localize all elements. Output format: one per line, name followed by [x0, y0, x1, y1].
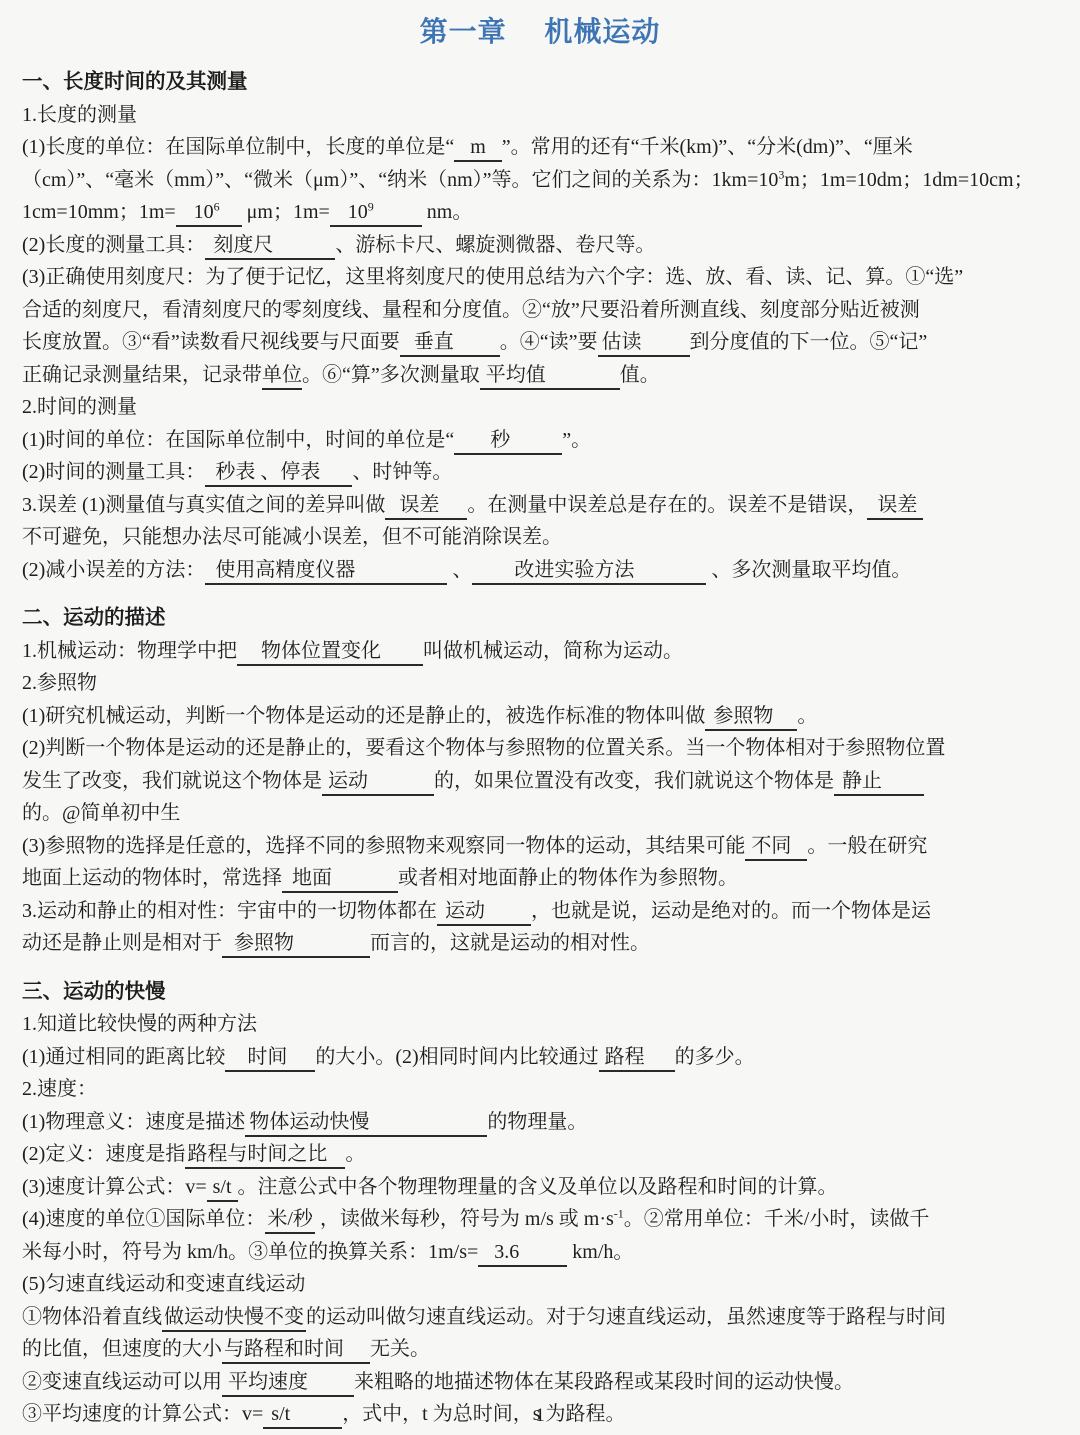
fill-in-blank-answer: 使用高精度仪器: [205, 557, 447, 585]
text-line: (1)长度的单位：在国际单位制中，长度的单位是“m”。常用的还有“千米(km)”…: [22, 131, 1058, 164]
text-line: 米每小时，符号为 km/h。③单位的换算关系：1m/s=3.6 km/h。: [22, 1236, 1058, 1269]
document-page: 第一章 机械运动 一、长度时间的及其测量1.长度的测量(1)长度的单位：在国际单…: [0, 0, 1080, 1435]
text-line: (2)定义：速度是指路程与时间之比。: [22, 1138, 1058, 1171]
fill-in-blank-answer: 物体运动快慢: [245, 1109, 487, 1137]
text-run: 。注意公式中各个物理物理量的含义及单位以及路程和时间的计算。: [238, 1176, 838, 1198]
text-run: 的运动叫做匀速直线运动。对于匀速直线运动，虽然速度等于路程与时间: [306, 1306, 946, 1328]
text-line: 1.知道比较快慢的两种方法: [22, 1008, 1058, 1041]
text-run: 2.速度：: [22, 1078, 97, 1100]
text-line: 合适的刻度尺，看清刻度尺的零刻度线、量程和分度值。②“放”尺要沿着所测直线、刻度…: [22, 294, 1058, 327]
text-run: 或者相对地面静止的物体作为参照物。: [398, 867, 738, 889]
section-gap: [22, 960, 1058, 976]
fill-in-blank-answer: 不同: [745, 833, 807, 861]
text-run: 3.运动和静止的相对性：宇宙中的一切物体都在: [22, 900, 437, 922]
text-run: nm。: [422, 201, 473, 223]
fill-in-blank-answer: 秒表 、停表: [205, 459, 352, 487]
text-line: 3.误差 (1)测量值与真实值之间的差异叫做误差。在测量中误差总是存在的。误差不…: [22, 489, 1058, 522]
text-line: 长度放置。③“看”读数看尺视线要与尺面要垂直。④“读”要估读到分度值的下一位。⑤…: [22, 326, 1058, 359]
text-line: (2)长度的测量工具：刻度尺、游标卡尺、螺旋测微器、卷尺等。: [22, 229, 1058, 262]
chapter-title: 第一章 机械运动: [22, 10, 1058, 50]
text-run: 3.误差 (1)测量值与真实值之间的差异叫做: [22, 494, 385, 516]
text-run: (1)长度的单位：在国际单位制中，长度的单位是“: [22, 136, 454, 158]
text-line: (5)匀速直线运动和变速直线运动: [22, 1268, 1058, 1301]
text-run: 。: [797, 705, 817, 727]
fill-in-blank-answer: 109: [330, 199, 422, 227]
text-run: 二、运动的描述: [22, 606, 166, 629]
text-run: 1cm=10mm；1m=: [22, 201, 176, 223]
text-run: (3)正确使用刻度尺：为了便于记忆，这里将刻度尺的使用总结为六个字：选、放、看、…: [22, 266, 963, 288]
text-run: 1.机械运动：物理学中把: [22, 640, 237, 662]
text-line: (2)判断一个物体是运动的还是静止的，要看这个物体与参照物的位置关系。当一个物体…: [22, 732, 1058, 765]
text-run: 正确记录测量结果，记录带: [22, 364, 262, 386]
text-line: 发生了改变，我们就说这个物体是运动的，如果位置没有改变，我们就说这个物体是静止: [22, 765, 1058, 798]
fill-in-blank-answer: 物体位置变化: [237, 638, 423, 666]
text-line: 2.速度：: [22, 1073, 1058, 1106]
section-gap: [22, 586, 1058, 602]
text-run: 不可避免，只能想办法尽可能减小误差，但不可能消除误差。: [22, 526, 562, 548]
text-run: (4)速度的单位①国际单位：: [22, 1208, 265, 1230]
text-run: ，读做米每秒，符号为 m/s 或 m·s: [315, 1208, 614, 1230]
text-line: 的。@简单初中生: [22, 797, 1058, 830]
superscript: -1: [614, 1206, 624, 1220]
text-line: 的比值，但速度的大小与路程和时间无关。: [22, 1333, 1058, 1366]
text-run: 、时钟等。: [352, 461, 452, 483]
text-run: (5)匀速直线运动和变速直线运动: [22, 1273, 305, 1295]
text-line: 2.时间的测量: [22, 391, 1058, 424]
text-line: (1)研究机械运动，判断一个物体是运动的还是静止的，被选作标准的物体叫做参照物。: [22, 700, 1058, 733]
text-run: 地面上运动的物体时，常选择: [22, 867, 282, 889]
text-run: ②变速直线运动可以用: [22, 1371, 222, 1393]
text-run: 发生了改变，我们就说这个物体是: [22, 770, 322, 792]
fill-in-blank-answer: 地面: [282, 865, 398, 893]
fill-in-blank-answer: 刻度尺: [205, 232, 335, 260]
text-run: 2.时间的测量: [22, 396, 137, 418]
text-run: (2)时间的测量工具：: [22, 461, 205, 483]
text-line: (4)速度的单位①国际单位：米/秒 ，读做米每秒，符号为 m/s 或 m·s-1…: [22, 1203, 1058, 1236]
text-run: 2.参照物: [22, 672, 97, 694]
text-run: 的大小。(2)相同时间内比较通过: [315, 1046, 598, 1068]
fill-in-blank-answer: 3.6: [478, 1239, 567, 1267]
fill-in-blank-answer: 误差: [385, 492, 467, 520]
underlined-answer: 单位: [262, 362, 302, 390]
underlined-answer: 做运动快慢不变: [162, 1304, 306, 1332]
fill-in-blank-answer: 路程: [599, 1044, 675, 1072]
text-run: μm；1m=: [242, 201, 330, 223]
text-line: (1)通过相同的距离比较时间的大小。(2)相同时间内比较通过路程的多少。: [22, 1041, 1058, 1074]
text-run: 的。@简单初中生: [22, 802, 180, 824]
text-run: (1)物理意义：速度是描述: [22, 1111, 245, 1133]
text-line: 1.长度的测量: [22, 99, 1058, 132]
text-run: 10: [348, 201, 368, 223]
text-run: 合适的刻度尺，看清刻度尺的零刻度线、量程和分度值。②“放”尺要沿着所测直线、刻度…: [22, 299, 920, 321]
fill-in-blank-answer: 静止: [834, 768, 924, 796]
fill-in-blank-answer: 运动: [322, 768, 434, 796]
fill-in-blank-answer: m: [454, 134, 502, 162]
text-run: (2)长度的测量工具：: [22, 234, 205, 256]
text-run: 动还是静止则是相对于: [22, 932, 222, 954]
fill-in-blank-answer: 平均速度: [222, 1369, 354, 1397]
fill-in-blank-answer: 平均值: [480, 362, 620, 390]
text-line: 2.参照物: [22, 667, 1058, 700]
underlined-answer: 路程与时间之比: [185, 1141, 345, 1169]
text-run: 。在测量中误差总是存在的。误差不是错误，: [467, 494, 867, 516]
text-run: 的多少。: [675, 1046, 755, 1068]
text-run: 无关。: [370, 1338, 430, 1360]
text-run: ”。常用的还有“千米(km)”、“分米(dm)”、“厘米: [502, 136, 913, 158]
text-run: 值。: [620, 364, 660, 386]
fill-in-blank-answer: 参照物: [222, 930, 370, 958]
section-heading: 三、运动的快慢: [22, 976, 1058, 1009]
underlined-answer: 与路程和时间: [222, 1336, 370, 1364]
text-run: ”。: [562, 429, 591, 451]
text-run: ①物体沿着直线: [22, 1306, 162, 1328]
text-line: 正确记录测量结果，记录带单位。⑥“算”多次测量取平均值值。: [22, 359, 1058, 392]
text-run: 到分度值的下一位。⑤“记”: [690, 331, 928, 353]
page-number: 1: [0, 1405, 1080, 1427]
text-line: 动还是静止则是相对于参照物而言的，这就是运动的相对性。: [22, 927, 1058, 960]
text-line: 1.机械运动：物理学中把物体位置变化叫做机械运动，简称为运动。: [22, 635, 1058, 668]
text-run: 、多次测量取平均值。: [706, 559, 911, 581]
text-line: 不可避免，只能想办法尽可能减小误差，但不可能消除误差。: [22, 521, 1058, 554]
text-run: 来粗略的地描述物体在某段路程或某段时间的运动快慢。: [354, 1371, 854, 1393]
text-run: 。⑥“算”多次测量取: [302, 364, 480, 386]
text-run: 的物理量。: [487, 1111, 587, 1133]
text-line: 3.运动和静止的相对性：宇宙中的一切物体都在运动，也就是说，运动是绝对的。而一个…: [22, 895, 1058, 928]
text-line: (2)减小误差的方法：使用高精度仪器 、改进实验方法 、多次测量取平均值。: [22, 554, 1058, 587]
fill-in-blank-answer: 估读: [598, 329, 690, 357]
text-run: (1)通过相同的距离比较: [22, 1046, 225, 1068]
text-run: 1.知道比较快慢的两种方法: [22, 1013, 257, 1035]
text-run: ，也就是说，运动是绝对的。而一个物体是运: [531, 900, 931, 922]
underlined-answer: 米/秒: [265, 1206, 315, 1234]
fill-in-blank-answer: 误差: [867, 492, 923, 520]
text-run: (1)时间的单位：在国际单位制中，时间的单位是“: [22, 429, 454, 451]
text-run: 。④“读”要: [500, 331, 598, 353]
text-run: 。②常用单位：千米/小时，读做千: [624, 1208, 930, 1230]
fill-in-blank-answer: 时间: [225, 1044, 315, 1072]
text-run: （cm）”、“毫米（mm）”、“微米（μm）”、“纳米（nm）”等。它们之间的关…: [22, 169, 778, 191]
text-run: 1.长度的测量: [22, 104, 137, 126]
text-run: 长度放置。③“看”读数看尺视线要与尺面要: [22, 331, 400, 353]
text-run: 叫做机械运动，简称为运动。: [423, 640, 683, 662]
fill-in-blank-answer: 秒: [454, 427, 562, 455]
text-line: (3)正确使用刻度尺：为了便于记忆，这里将刻度尺的使用总结为六个字：选、放、看、…: [22, 261, 1058, 294]
fill-in-blank-answer: 参照物: [705, 703, 797, 731]
fill-in-blank-answer: 改进实验方法: [472, 557, 706, 585]
text-run: 10: [194, 201, 214, 223]
section-heading: 一、长度时间的及其测量: [22, 66, 1058, 99]
text-run: (2)判断一个物体是运动的还是静止的，要看这个物体与参照物的位置关系。当一个物体…: [22, 737, 945, 759]
text-line: (3)参照物的选择是任意的，选择不同的参照物来观察同一物体的运动，其结果可能不同…: [22, 830, 1058, 863]
text-run: 。: [345, 1143, 365, 1165]
fill-in-blank-answer: 运动: [437, 898, 531, 926]
fill-in-blank-answer: 垂直: [400, 329, 500, 357]
document-content: 一、长度时间的及其测量1.长度的测量(1)长度的单位：在国际单位制中，长度的单位…: [22, 66, 1058, 1431]
text-run: (2)减小误差的方法：: [22, 559, 205, 581]
text-line: (3)速度计算公式：v=s/t。注意公式中各个物理物理量的含义及单位以及路程和时…: [22, 1171, 1058, 1204]
text-run: 而言的，这就是运动的相对性。: [370, 932, 650, 954]
text-run: (1)研究机械运动，判断一个物体是运动的还是静止的，被选作标准的物体叫做: [22, 705, 705, 727]
section-heading: 二、运动的描述: [22, 602, 1058, 635]
text-run: (3)参照物的选择是任意的，选择不同的参照物来观察同一物体的运动，其结果可能: [22, 835, 745, 857]
fill-in-blank-answer: 106: [176, 199, 242, 227]
text-run: 。一般在研究: [807, 835, 927, 857]
underlined-answer: s/t: [207, 1174, 238, 1202]
text-line: (1)物理意义：速度是描述物体运动快慢的物理量。: [22, 1106, 1058, 1139]
text-line: ①物体沿着直线做运动快慢不变的运动叫做匀速直线运动。对于匀速直线运动，虽然速度等…: [22, 1301, 1058, 1334]
superscript: 6: [214, 199, 220, 213]
text-run: 的，如果位置没有改变，我们就说这个物体是: [434, 770, 834, 792]
text-run: km/h。: [567, 1241, 633, 1263]
text-run: m；1m=10dm；1dm=10cm；: [784, 169, 1033, 191]
text-run: (3)速度计算公式：v=: [22, 1176, 207, 1198]
text-run: 米每小时，符号为 km/h。③单位的换算关系：1m/s=: [22, 1241, 478, 1263]
text-run: 、: [447, 559, 472, 581]
text-line: （cm）”、“毫米（mm）”、“微米（μm）”、“纳米（nm）”等。它们之间的关…: [22, 164, 1058, 197]
text-line: 1cm=10mm；1m=106 μm；1m=109 nm。: [22, 196, 1058, 229]
text-run: 的比值，但速度的大小: [22, 1338, 222, 1360]
text-run: (2)定义：速度是指: [22, 1143, 185, 1165]
text-run: 、游标卡尺、螺旋测微器、卷尺等。: [335, 234, 655, 256]
text-line: 地面上运动的物体时，常选择地面或者相对地面静止的物体作为参照物。: [22, 862, 1058, 895]
text-run: 一、长度时间的及其测量: [22, 70, 248, 93]
text-line: ②变速直线运动可以用平均速度来粗略的地描述物体在某段路程或某段时间的运动快慢。: [22, 1366, 1058, 1399]
superscript: 9: [368, 199, 374, 213]
text-line: (2)时间的测量工具：秒表 、停表、时钟等。: [22, 456, 1058, 489]
text-line: (1)时间的单位：在国际单位制中，时间的单位是“秒”。: [22, 424, 1058, 457]
text-run: 三、运动的快慢: [22, 980, 166, 1003]
